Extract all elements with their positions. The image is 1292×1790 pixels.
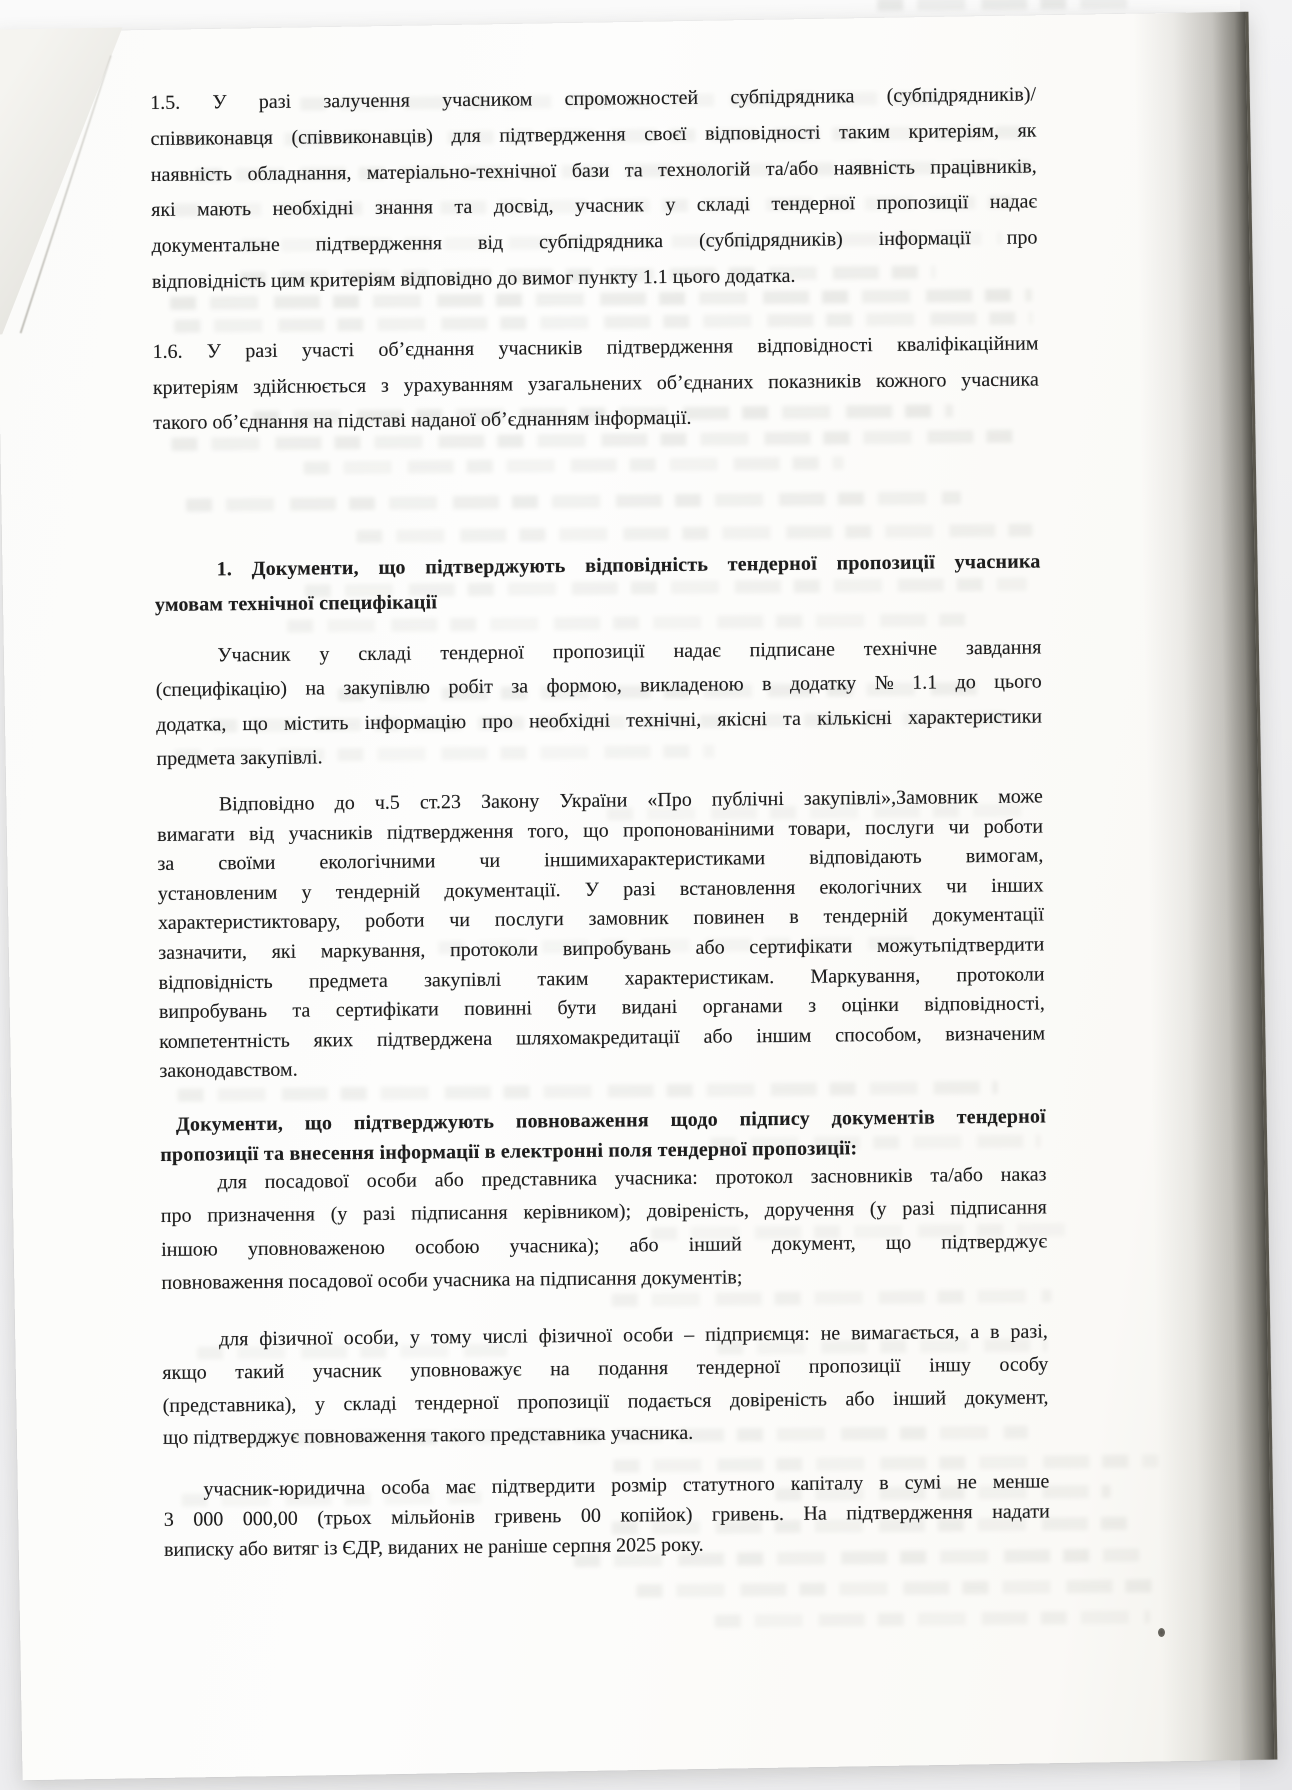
text-line: такого об’єднання на підставі наданої об… xyxy=(153,397,1039,441)
ink-speck xyxy=(1158,1628,1165,1637)
heading-h1: 1.Документи,щопідтверджуютьвідповідність… xyxy=(154,544,1041,623)
text-line: предмета закупівлі. xyxy=(156,733,1042,776)
text-line: умовам технічної специфікації xyxy=(155,579,1041,623)
paragraph-p_fizychna: дляфізичноїособи,утомучисліфізичноїособи… xyxy=(162,1315,1049,1455)
document-text: 1.5.Уразізалученняучасникомспроможностей… xyxy=(149,0,1052,1790)
paragraph-p_vidpovidno: Відповіднодоч.5ст.23ЗаконуУкраїни«Пропуб… xyxy=(157,782,1046,1086)
paragraph-p_yurydychna: учасник-юридичнаособамаєпідтвердитирозмі… xyxy=(163,1466,1050,1565)
paragraph-p_uchasnyk: Учасникускладітендерноїпропозиціїнадаєпі… xyxy=(155,630,1042,776)
paragraph-p16: 1.6.Уразіучастіоб’єднанняучасниківпідтве… xyxy=(152,326,1039,441)
page-corner-fold xyxy=(0,27,128,334)
text-line: відповідність цим критеріям відповідно д… xyxy=(152,256,1038,300)
paragraph-p_posadova: дляпосадовоїособиабопредставникаучасника… xyxy=(160,1158,1047,1300)
paragraph-p15: 1.5.Уразізалученняучасникомспроможностей… xyxy=(150,77,1038,300)
scanned-document-page: 1.5.Уразізалученняучасникомспроможностей… xyxy=(0,0,1292,1790)
